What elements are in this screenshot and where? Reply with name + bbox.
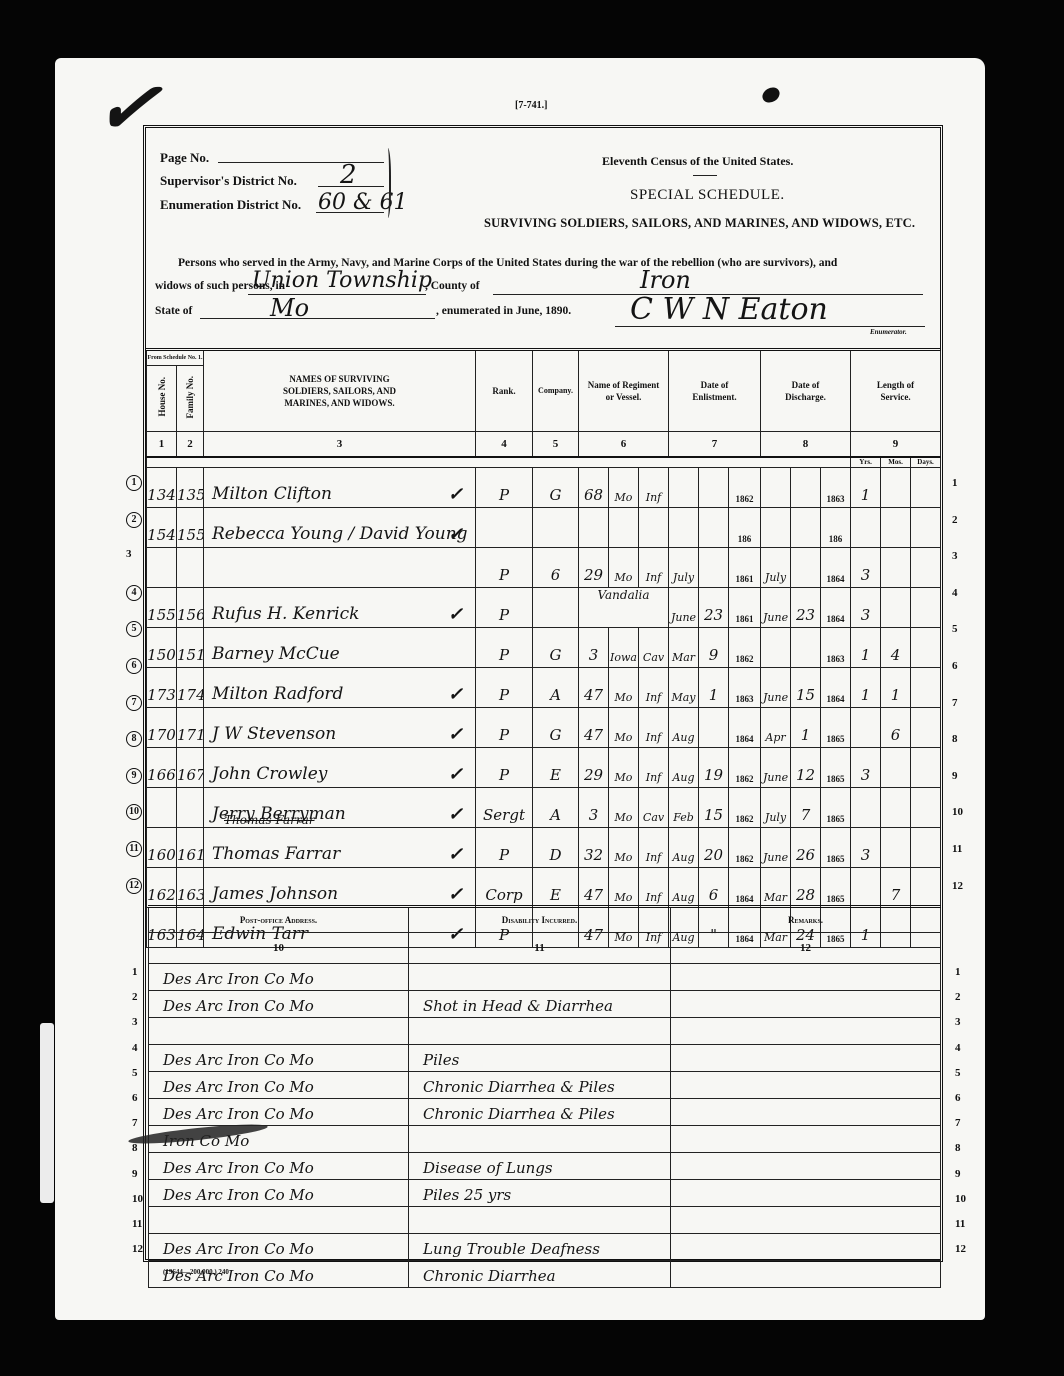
line-number-right: 6	[952, 660, 958, 672]
cell-enl-month: Feb	[669, 787, 699, 827]
cell-dis-year: 1865	[821, 707, 851, 747]
soldier-name: Milton Clifton	[212, 484, 332, 504]
col-num: 12	[671, 933, 941, 964]
disability-header: Disability Incurred.	[409, 907, 671, 933]
table-row: 166167John Crowley✓PE29MoInfAug191862Jun…	[147, 747, 941, 787]
line-number-left: 4	[126, 585, 142, 601]
cell-reg-type: Inf	[639, 867, 669, 907]
enumerated-text: , enumerated in June, 1890.	[436, 305, 571, 317]
cell-enl-day: 19	[699, 747, 729, 787]
cell-enl-day	[699, 547, 729, 587]
cell-rank: P	[476, 587, 533, 627]
line-number-right: 12	[952, 880, 963, 892]
title-divider	[693, 175, 717, 176]
cell-reg-no: 3	[579, 787, 609, 827]
cell-enl-month: May	[669, 667, 699, 707]
schedule-subtitle: SURVIVING SOLDIERS, SAILORS, AND MARINES…	[484, 216, 915, 231]
from-schedule-header: From Schedule No. 1.	[147, 350, 204, 366]
cell-name	[204, 547, 476, 587]
cell-house: 160	[147, 827, 177, 867]
cell-reg-no: 32	[579, 827, 609, 867]
cell-rank: P	[476, 467, 533, 507]
cell-dis-year: 1864	[821, 587, 851, 627]
cell-days	[911, 467, 941, 507]
company-header: Company.	[533, 350, 579, 432]
line-number-left: 9	[132, 1168, 138, 1180]
names-header: NAMES OF SURVIVING SOLDIERS, SAILORS, AN…	[204, 350, 476, 432]
line-number-left: 6	[126, 658, 142, 674]
table-row: 170171J W Stevenson✓PG47MoInfAug1864Apr1…	[147, 707, 941, 747]
cell-yrs: 3	[851, 587, 881, 627]
enlistment-header: Date of Enlistment.	[669, 350, 761, 432]
soldier-name: Thomas Farrar	[212, 844, 340, 864]
cell-enl-year: 186	[729, 507, 761, 547]
page-no-line	[218, 162, 384, 163]
census-title: Eleventh Census of the United States.	[602, 154, 793, 169]
line-number-left: 5	[126, 621, 142, 637]
line-number-right: 5	[952, 623, 958, 635]
cell-house: 166	[147, 747, 177, 787]
cell-reg-type: Inf	[639, 547, 669, 587]
cell-disability	[409, 1126, 671, 1153]
cell-days	[911, 667, 941, 707]
cell-reg-state	[609, 507, 639, 547]
cell-remarks	[671, 1072, 941, 1099]
cell-dis-month: July	[761, 787, 791, 827]
cell-company: A	[533, 667, 579, 707]
table-row: Jerry BerrymanThomas Farrar✓SergtA3MoCav…	[147, 787, 941, 827]
table-row: 162163James Johnson✓CorpE47MoInfAug61864…	[147, 867, 941, 907]
line-number-right: 9	[952, 770, 958, 782]
line-number-right: 9	[955, 1168, 961, 1180]
cell-address: Des Arc Iron Co Mo	[149, 964, 409, 991]
table-row: 154155Rebecca Young / David Young✓186186	[147, 507, 941, 547]
soldiers-table: From Schedule No. 1. NAMES OF SURVIVING …	[146, 348, 941, 948]
cell-mos	[881, 467, 911, 507]
cell-name: Rebecca Young / David Young✓	[204, 507, 476, 547]
cell-dis-day	[791, 507, 821, 547]
cell-dis-day	[791, 547, 821, 587]
cell-name: Thomas Farrar✓	[204, 827, 476, 867]
cell-remarks	[671, 1180, 941, 1207]
line-number-left: 10	[126, 804, 142, 820]
cell-enl-day: 20	[699, 827, 729, 867]
line-number-left: 1	[126, 475, 142, 491]
cell-mos	[881, 787, 911, 827]
line-number-left: 3	[132, 1016, 138, 1028]
cell-enl-year: 1864	[729, 867, 761, 907]
line-number-right: 2	[952, 514, 958, 526]
cell-dis-day	[791, 467, 821, 507]
cell-name: Jerry BerrymanThomas Farrar✓	[204, 787, 476, 827]
line-number-right: 6	[955, 1092, 961, 1104]
line-number-right: 1	[955, 966, 961, 978]
cell-remarks	[671, 964, 941, 991]
cell-mos	[881, 547, 911, 587]
cell-family: 151	[177, 627, 204, 667]
cell-name: Milton Clifton✓	[204, 467, 476, 507]
cell-dis-day: 15	[791, 667, 821, 707]
soldier-name: J W Stevenson	[212, 724, 336, 744]
cell-reg-no: 47	[579, 667, 609, 707]
cell-house: 154	[147, 507, 177, 547]
cell-dis-day: 1	[791, 707, 821, 747]
cell-dis-year: 1865	[821, 827, 851, 867]
col-num: 9	[851, 432, 941, 458]
county-value: Iron	[640, 266, 691, 294]
line-number-left: 3	[126, 548, 132, 560]
cell-reg-state: Mo	[609, 667, 639, 707]
checkmark-icon: ✓	[448, 844, 463, 865]
line-number-left: 7	[126, 695, 142, 711]
table-row	[149, 1207, 941, 1234]
cell-company: G	[533, 467, 579, 507]
cell-remarks	[671, 991, 941, 1018]
line-number-right: 5	[955, 1067, 961, 1079]
cell-days	[911, 507, 941, 547]
table-row: 155156Rufus H. Kenrick✓PVandaliaJune2318…	[147, 587, 941, 627]
enumeration-label: Enumeration District No.	[160, 197, 301, 213]
supervisor-value: 2	[340, 160, 357, 190]
cell-enl-month: Aug	[669, 867, 699, 907]
cell-family: 161	[177, 827, 204, 867]
cell-dis-day	[791, 627, 821, 667]
cell-enl-month: July	[669, 547, 699, 587]
cell-reg-type: Inf	[639, 667, 669, 707]
checkmark-icon: ✓	[448, 804, 463, 825]
cell-mos	[881, 827, 911, 867]
col-num: 6	[579, 432, 669, 458]
cell-remarks	[671, 1126, 941, 1153]
cell-house	[147, 547, 177, 587]
cell-rank: P	[476, 707, 533, 747]
line-number-right: 7	[952, 697, 958, 709]
table-row: 173174Milton Radford✓PA47MoInfMay11863Ju…	[147, 667, 941, 707]
cell-reg-type: Inf	[639, 467, 669, 507]
cell-name: Barney McCue	[204, 627, 476, 667]
soldier-name: James Johnson	[212, 884, 338, 904]
cell-yrs: 3	[851, 547, 881, 587]
cell-family: 156	[177, 587, 204, 627]
cell-house: 162	[147, 867, 177, 907]
paper-edge-tab	[40, 1023, 54, 1203]
line-number-left: 4	[132, 1042, 138, 1054]
cell-reg-type: Inf	[639, 747, 669, 787]
cell-enl-day: 9	[699, 627, 729, 667]
line-number-right: 4	[952, 587, 958, 599]
cell-disability: Shot in Head & Diarrhea	[409, 991, 671, 1018]
soldier-name: Barney McCue	[212, 644, 340, 664]
cell-house: 134	[147, 467, 177, 507]
cell-days	[911, 587, 941, 627]
cell-dis-month	[761, 627, 791, 667]
cell-enl-year: 1863	[729, 667, 761, 707]
cell-enl-day: 6	[699, 867, 729, 907]
cell-enl-month	[669, 507, 699, 547]
cell-company: 6	[533, 547, 579, 587]
cell-house: 150	[147, 627, 177, 667]
cell-reg-no: 47	[579, 867, 609, 907]
cell-enl-year: 1862	[729, 747, 761, 787]
cell-reg-state: Mo	[609, 867, 639, 907]
mos-header: Mos.	[881, 457, 911, 467]
cell-enl-month: Mar	[669, 627, 699, 667]
form-number: [7-741.]	[515, 100, 548, 111]
cell-remarks	[671, 1045, 941, 1072]
cell-days	[911, 547, 941, 587]
line-number-right: 3	[952, 550, 958, 562]
cell-enl-day	[699, 467, 729, 507]
soldier-name: Rebecca Young / David Young	[212, 524, 468, 544]
cell-dis-month	[761, 467, 791, 507]
table-row	[149, 1018, 941, 1045]
cell-mos: 6	[881, 707, 911, 747]
cell-mos	[881, 507, 911, 547]
cell-dis-year: 1863	[821, 467, 851, 507]
checkmark-icon: ✓	[448, 524, 463, 545]
line-number-left: 10	[132, 1193, 143, 1205]
struck-name: Thomas Farrar	[224, 813, 315, 827]
cell-enl-year: 1862	[729, 467, 761, 507]
cell-name: J W Stevenson✓	[204, 707, 476, 747]
cell-days	[911, 867, 941, 907]
cell-enl-month: June	[669, 587, 699, 627]
cell-reg-state: Mo	[609, 747, 639, 787]
cell-reg-type: Inf	[639, 827, 669, 867]
supervisor-label: Supervisor's District No.	[160, 173, 297, 189]
cell-company: A	[533, 787, 579, 827]
cell-days	[911, 707, 941, 747]
cell-address: Des Arc Iron Co Mo	[149, 1234, 409, 1261]
cell-days	[911, 627, 941, 667]
line-number-right: 8	[952, 733, 958, 745]
cell-dis-day: 26	[791, 827, 821, 867]
col-num: 7	[669, 432, 761, 458]
cell-name: Rufus H. Kenrick✓	[204, 587, 476, 627]
cell-reg-no	[579, 507, 609, 547]
col-num: 8	[761, 432, 851, 458]
length-header: Length of Service.	[851, 350, 941, 432]
cell-name: Milton Radford✓	[204, 667, 476, 707]
address-header: Post-office Address.	[149, 907, 409, 933]
line-number-right: 2	[955, 991, 961, 1003]
cell-reg-no: 47	[579, 707, 609, 747]
schedule-title: SPECIAL SCHEDULE.	[630, 187, 785, 204]
cell-days	[911, 747, 941, 787]
line-number-left: 5	[132, 1067, 138, 1079]
line-number-left: 8	[132, 1142, 138, 1154]
address-disability-table: Post-office Address. Disability Incurred…	[148, 905, 941, 1288]
col-num: 1	[147, 432, 177, 458]
enumerator-label: Enumerator.	[870, 328, 907, 336]
cell-dis-day: 7	[791, 787, 821, 827]
cell-company	[533, 587, 579, 627]
cell-dis-month: June	[761, 747, 791, 787]
cell-house: 155	[147, 587, 177, 627]
cell-family: 155	[177, 507, 204, 547]
cell-company: E	[533, 747, 579, 787]
cell-family	[177, 787, 204, 827]
yrs-header: Yrs.	[851, 457, 881, 467]
rank-header: Rank.	[476, 350, 533, 432]
cell-enl-year: 1861	[729, 547, 761, 587]
cell-disability: Chronic Diarrhea & Piles	[409, 1099, 671, 1126]
state-value: Mo	[270, 294, 309, 322]
cell-yrs: 3	[851, 827, 881, 867]
cell-family: 167	[177, 747, 204, 787]
table-row: Des Arc Iron Co MoDisease of Lungs	[149, 1153, 941, 1180]
cell-yrs: 1	[851, 467, 881, 507]
cell-disability	[409, 1018, 671, 1045]
cell-reg-type: Cav	[639, 787, 669, 827]
cell-rank: P	[476, 827, 533, 867]
col-num: 2	[177, 432, 204, 458]
regiment-header: Name of Regiment or Vessel.	[579, 350, 669, 432]
cell-company: G	[533, 627, 579, 667]
cell-mos: 1	[881, 667, 911, 707]
cell-remarks	[671, 1234, 941, 1261]
line-number-left: 6	[132, 1092, 138, 1104]
state-label: State of	[155, 305, 192, 317]
cell-address: Des Arc Iron Co Mo	[149, 1099, 409, 1126]
col-num: 3	[204, 432, 476, 458]
cell-reg-state: Iowa	[609, 627, 639, 667]
cell-enl-day: 1	[699, 667, 729, 707]
table-row: P629MoInfJuly1861July18643	[147, 547, 941, 587]
line-number-left: 9	[126, 768, 142, 784]
line-number-left: 12	[132, 1243, 143, 1255]
cell-dis-month: Mar	[761, 867, 791, 907]
cell-reg-type: Cav	[639, 627, 669, 667]
cell-days	[911, 827, 941, 867]
line-number-right: 1	[952, 477, 958, 489]
cell-reg-state: Mo	[609, 547, 639, 587]
cell-rank: P	[476, 627, 533, 667]
checkmark-icon: ✓	[448, 884, 463, 905]
cell-rank	[476, 507, 533, 547]
cell-reg-state: Mo	[609, 787, 639, 827]
cell-remarks	[671, 1261, 941, 1288]
cell-remarks	[671, 1207, 941, 1234]
cell-disability: Chronic Diarrhea & Piles	[409, 1072, 671, 1099]
cell-yrs: 1	[851, 627, 881, 667]
cell-address	[149, 1207, 409, 1234]
cell-reg-state: Mo	[609, 467, 639, 507]
line-number-right: 10	[955, 1193, 966, 1205]
cell-rank: Sergt	[476, 787, 533, 827]
cell-disability: Chronic Diarrhea	[409, 1261, 671, 1288]
discharge-header: Date of Discharge.	[761, 350, 851, 432]
cell-disability	[409, 1207, 671, 1234]
cell-enl-month	[669, 467, 699, 507]
cell-dis-year: 1865	[821, 787, 851, 827]
cell-company: D	[533, 827, 579, 867]
soldier-name: John Crowley	[212, 764, 327, 784]
cell-house: 170	[147, 707, 177, 747]
cell-family	[177, 547, 204, 587]
cell-house: 173	[147, 667, 177, 707]
cell-dis-month: June	[761, 587, 791, 627]
table-row: 150151Barney McCuePG3IowaCavMar918621863…	[147, 627, 941, 667]
col-num: 10	[149, 933, 409, 964]
cell-days	[911, 787, 941, 827]
cell-rank: P	[476, 747, 533, 787]
family-no-header: Family No.	[177, 366, 204, 432]
cell-mos	[881, 587, 911, 627]
cell-enl-month: Aug	[669, 827, 699, 867]
cell-disability: Piles 25 yrs	[409, 1180, 671, 1207]
cell-reg-state: Mo	[609, 707, 639, 747]
county-label: , County of	[425, 280, 480, 292]
cell-dis-month	[761, 507, 791, 547]
table-row: 134135Milton Clifton✓PG68MoInf186218631	[147, 467, 941, 507]
cell-family: 163	[177, 867, 204, 907]
cell-enl-year: 1862	[729, 627, 761, 667]
checkmark-icon: ✓	[448, 764, 463, 785]
cell-disability: Lung Trouble Deafness	[409, 1234, 671, 1261]
cell-name: James Johnson✓	[204, 867, 476, 907]
cell-yrs	[851, 867, 881, 907]
checkmark-icon: ✓	[448, 724, 463, 745]
line-number-left: 11	[132, 1218, 142, 1230]
enumerator-value: C W N Eaton	[630, 292, 828, 327]
cell-house	[147, 787, 177, 827]
cell-reg-no: 29	[579, 747, 609, 787]
cell-yrs	[851, 507, 881, 547]
table-row: Des Arc Iron Co MoPiles 25 yrs	[149, 1180, 941, 1207]
cell-dis-month: July	[761, 547, 791, 587]
line-number-left: 8	[126, 731, 142, 747]
line-number-right: 11	[955, 1218, 965, 1230]
checkmark-icon: ✓	[448, 604, 463, 625]
cell-company: E	[533, 867, 579, 907]
line-number-left: 12	[126, 878, 142, 894]
enumeration-value: 60 & 61	[318, 190, 408, 215]
table-row: 160161Thomas Farrar✓PD32MoInfAug201862Ju…	[147, 827, 941, 867]
footer-code: (19644—200,000.) 240	[163, 1268, 229, 1276]
cell-reg-no: Vandalia	[579, 587, 669, 627]
cell-address: Des Arc Iron Co Mo	[149, 991, 409, 1018]
cell-disability: Piles	[409, 1045, 671, 1072]
cell-yrs	[851, 787, 881, 827]
col-num: 5	[533, 432, 579, 458]
cell-dis-day: 28	[791, 867, 821, 907]
cell-company	[533, 507, 579, 547]
table-row: Des Arc Iron Co MoLung Trouble Deafness	[149, 1234, 941, 1261]
cell-dis-year: 186	[821, 507, 851, 547]
col-num: 11	[409, 933, 671, 964]
cell-reg-state: Mo	[609, 827, 639, 867]
cell-enl-month: Aug	[669, 707, 699, 747]
cell-dis-year: 1863	[821, 627, 851, 667]
cell-mos: 7	[881, 867, 911, 907]
cell-enl-day	[699, 707, 729, 747]
soldier-name: Rufus H. Kenrick	[212, 604, 359, 624]
cell-dis-year: 1865	[821, 747, 851, 787]
cell-disability: Disease of Lungs	[409, 1153, 671, 1180]
line-number-right: 3	[955, 1016, 961, 1028]
cell-dis-year: 1864	[821, 547, 851, 587]
line-number-left: 2	[132, 991, 138, 1003]
line-number-left: 2	[126, 512, 142, 528]
line-number-left: 1	[132, 966, 138, 978]
cell-enl-year: 1862	[729, 787, 761, 827]
cell-remarks	[671, 1099, 941, 1126]
days-header: Days.	[911, 457, 941, 467]
cell-enl-day: 15	[699, 787, 729, 827]
page-no-label: Page No.	[160, 150, 209, 166]
table-row: Iron Co Mo	[149, 1126, 941, 1153]
